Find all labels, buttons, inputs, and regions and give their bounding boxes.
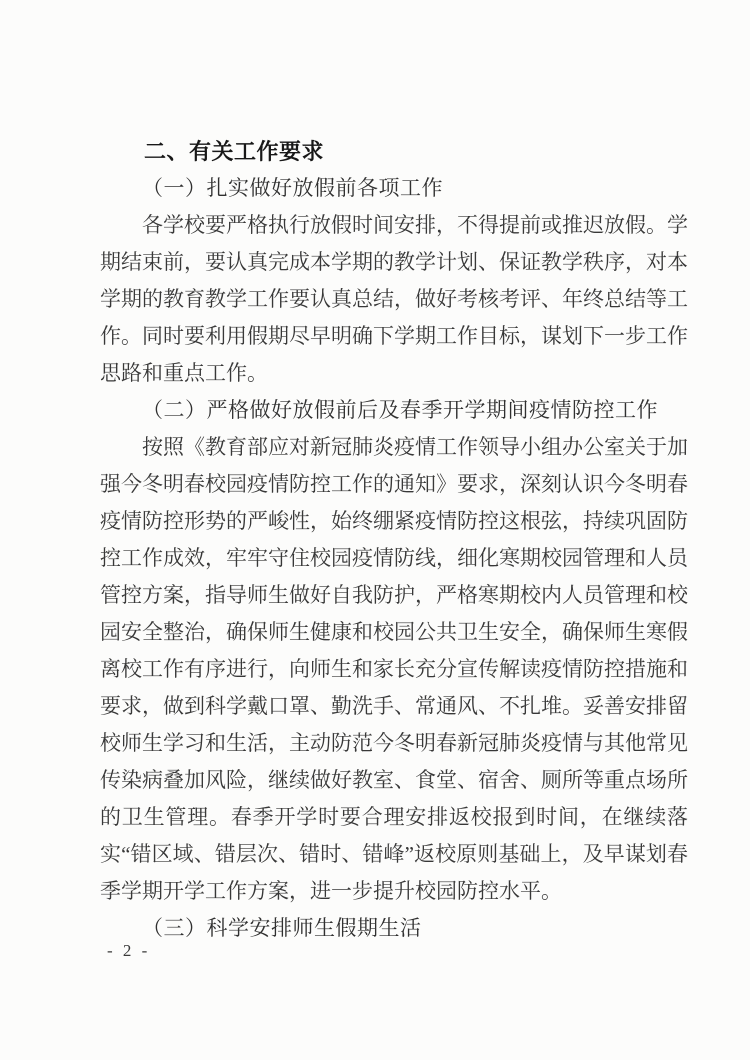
subsection-3-heading: （三）科学安排师生假期生活	[100, 910, 688, 947]
subsection-1-paragraph: 各学校要严格执行放假时间安排，不得提前或推迟放假。学期结束前，要认真完成本学期的…	[100, 207, 688, 392]
section-heading: 二、有关工作要求	[100, 133, 688, 170]
scanned-document-page: 二、有关工作要求 （一）扎实做好放假前各项工作 各学校要严格执行放假时间安排，不…	[0, 0, 750, 1060]
page-number: - 2 -	[107, 941, 150, 961]
subsection-2-paragraph: 按照《教育部应对新冠肺炎疫情工作领导小组办公室关于加强今冬明春校园疫情防控工作的…	[100, 429, 688, 910]
subsection-1-heading: （一）扎实做好放假前各项工作	[100, 170, 688, 207]
subsection-2-heading: （二）严格做好放假前后及春季开学期间疫情防控工作	[100, 392, 688, 429]
document-content: 二、有关工作要求 （一）扎实做好放假前各项工作 各学校要严格执行放假时间安排，不…	[100, 133, 688, 947]
